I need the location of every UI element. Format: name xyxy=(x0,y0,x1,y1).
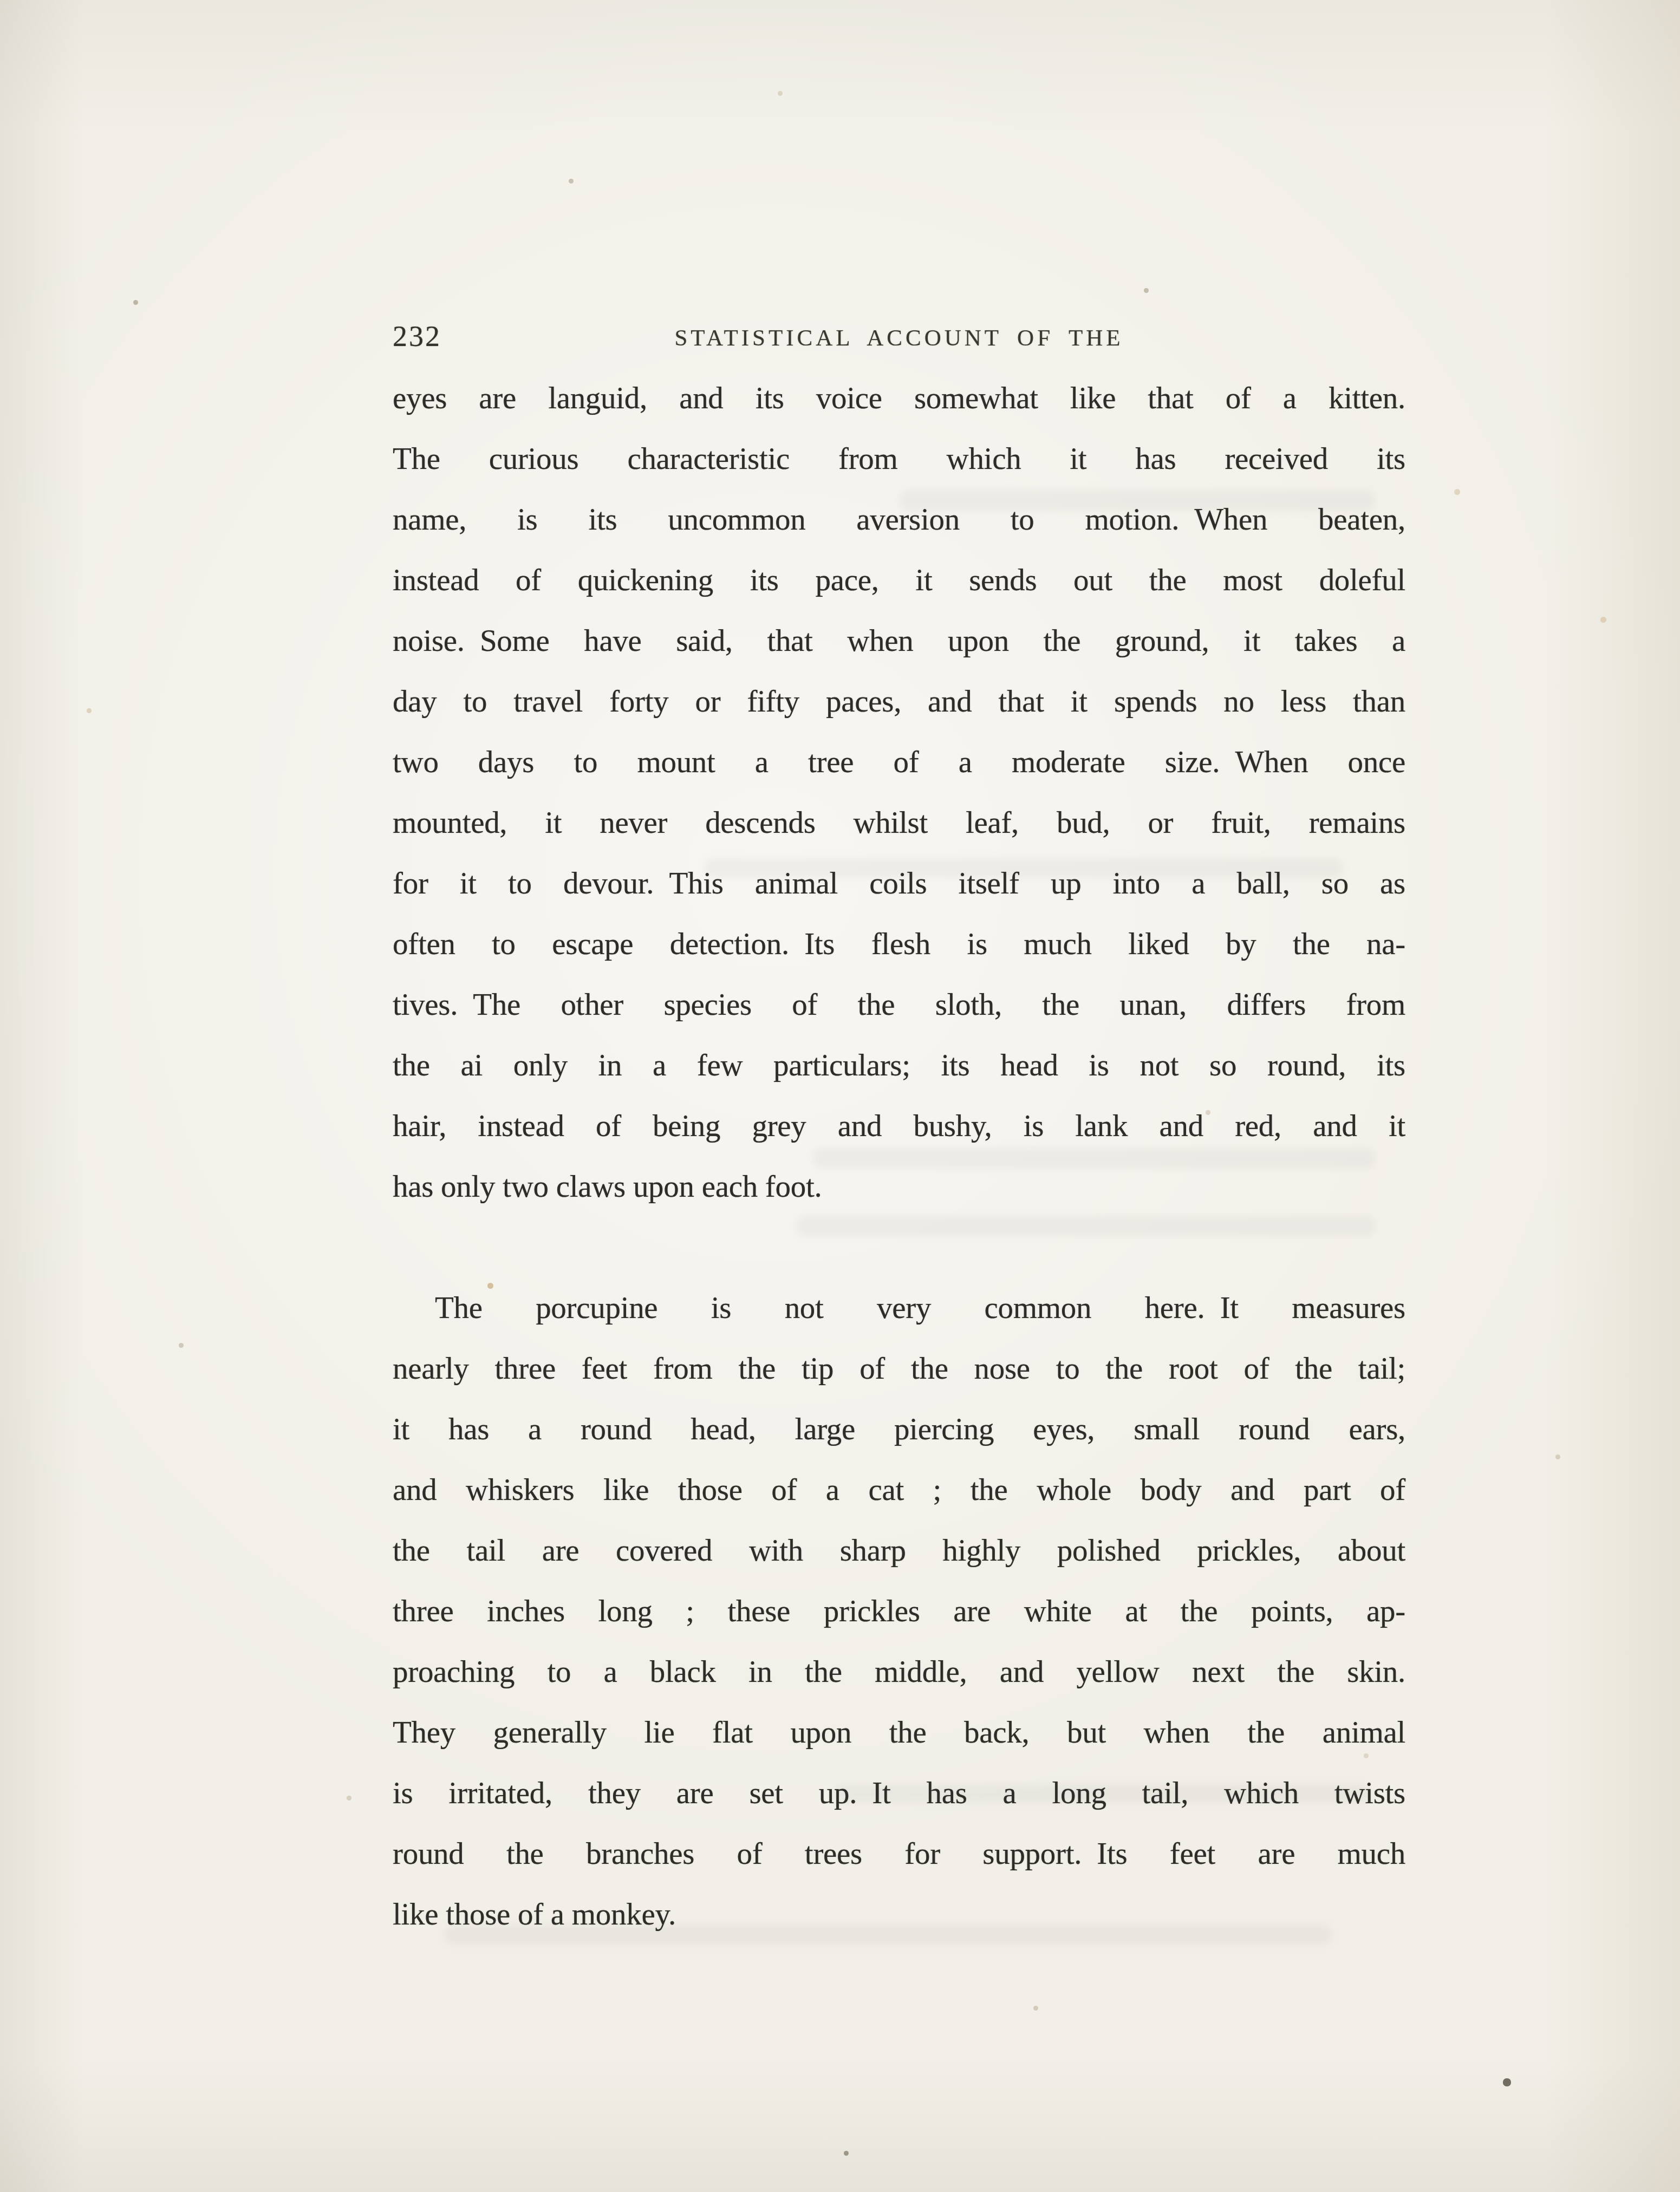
text-line: hair, instead of being grey and bushy, i… xyxy=(393,1096,1405,1157)
text-line: the tail are covered with sharp highly p… xyxy=(393,1521,1405,1581)
text-line: the ai only in a few particulars; its he… xyxy=(393,1035,1405,1096)
text-line: proaching to a black in the middle, and … xyxy=(393,1642,1405,1702)
text-line: tives. The other species of the sloth, t… xyxy=(393,975,1405,1035)
text-line: eyes are languid, and its voice somewhat… xyxy=(393,368,1405,429)
text-line: three inches long ; these prickles are w… xyxy=(393,1581,1405,1642)
paragraph: eyes are languid, and its voice somewhat… xyxy=(393,368,1405,1217)
text-line: like those of a monkey. xyxy=(393,1884,1405,1945)
text-line: for it to devour. This animal coils itse… xyxy=(393,853,1405,914)
text-block: eyes are languid, and its voice somewhat… xyxy=(393,368,1405,1945)
text-line: mounted, it never descends whilst leaf, … xyxy=(393,793,1405,853)
text-line: They generally lie flat upon the back, b… xyxy=(393,1702,1405,1763)
text-line: and whiskers like those of a cat ; the w… xyxy=(393,1460,1405,1521)
text-line: name, is its uncommon aversion to motion… xyxy=(393,490,1405,550)
text-line: two days to mount a tree of a moderate s… xyxy=(393,732,1405,793)
text-line: is irritated, they are set up. It has a … xyxy=(393,1763,1405,1824)
text-line: noise. Some have said, that when upon th… xyxy=(393,611,1405,671)
text-line: round the branches of trees for support.… xyxy=(393,1824,1405,1884)
paragraph: The porcupine is not very common here. I… xyxy=(393,1278,1405,1945)
scan-specks xyxy=(0,0,3,3)
text-line: often to escape detection. Its flesh is … xyxy=(393,914,1405,975)
text-line: has only two claws upon each foot. xyxy=(393,1157,1405,1217)
text-line: instead of quickening its pace, it sends… xyxy=(393,550,1405,611)
text-line: The porcupine is not very common here. I… xyxy=(393,1278,1405,1339)
text-line: nearly three feet from the tip of the no… xyxy=(393,1339,1405,1399)
running-head: 232 STATISTICAL ACCOUNT OF THE xyxy=(393,318,1405,362)
book-page: 232 STATISTICAL ACCOUNT OF THE eyes are … xyxy=(0,0,1680,2192)
text-line: day to travel forty or fifty paces, and … xyxy=(393,671,1405,732)
text-line: The curious characteristic from which it… xyxy=(393,429,1405,490)
running-title: STATISTICAL ACCOUNT OF THE xyxy=(393,325,1405,351)
text-line: it has a round head, large piercing eyes… xyxy=(393,1399,1405,1460)
